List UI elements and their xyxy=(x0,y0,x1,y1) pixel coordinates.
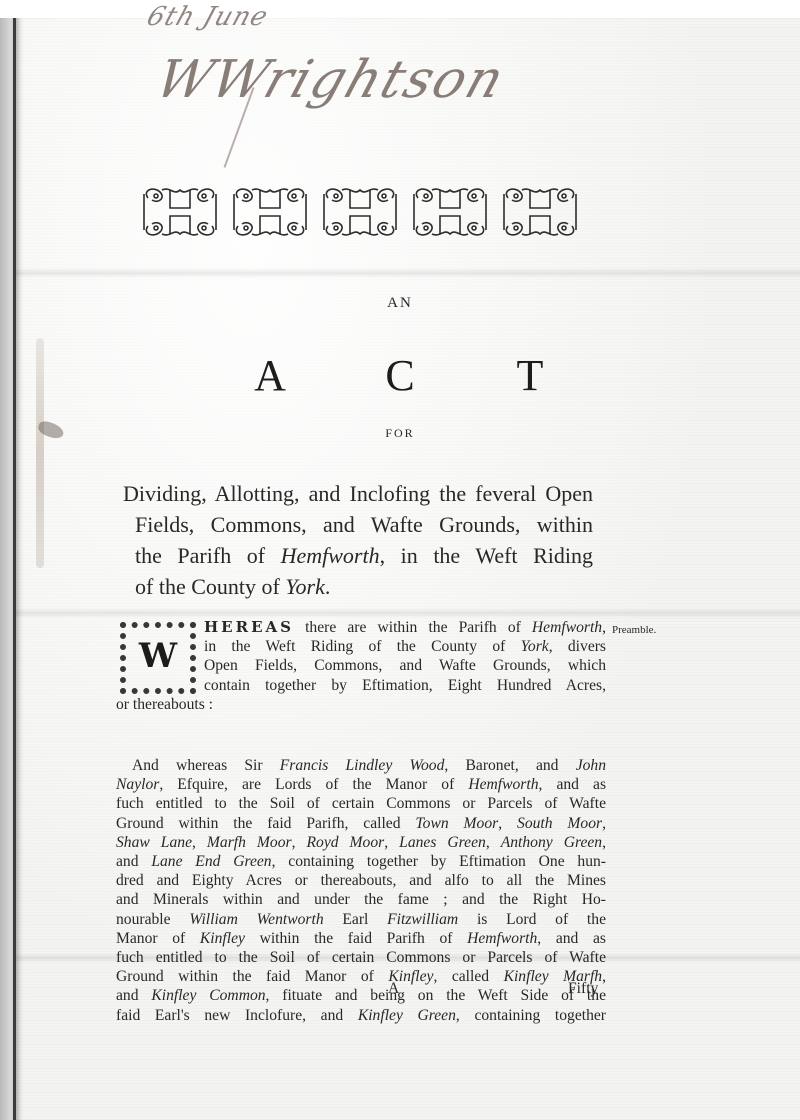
scroll-ornament-icon xyxy=(230,184,310,240)
text-line: Ground within the faid Manor of Kinfley,… xyxy=(116,967,606,986)
signature-mark: A xyxy=(388,980,399,998)
heading-an: AN xyxy=(0,295,800,312)
headpiece-ornament xyxy=(140,184,580,242)
handwritten-signature: WWrightson xyxy=(148,50,513,110)
text-line: fuch entitled to the Soil of certain Com… xyxy=(116,948,606,967)
title-line: of the County of York. xyxy=(123,571,593,602)
title-line: Dividing, Allotting, and Inclofing the f… xyxy=(123,478,593,509)
preamble-paragraph: HEREAS there are within the Parifh of He… xyxy=(116,618,606,714)
scroll-ornament-icon xyxy=(410,184,490,240)
fold-crease xyxy=(16,268,800,278)
text-line: Shaw Lane, Marfh Moor, Royd Moor, Lanes … xyxy=(116,833,606,852)
text-line: and Minerals within and under the fame ;… xyxy=(116,890,606,909)
heading-act-letter: T xyxy=(465,350,595,401)
body-paragraph: And whereas Sir Francis Lindley Wood, Ba… xyxy=(116,756,606,1025)
text-line: fuch entitled to the Soil of certain Com… xyxy=(116,794,606,813)
text-line: or thereabouts : xyxy=(116,695,606,714)
scroll-ornament-icon xyxy=(500,184,580,240)
fold-crease xyxy=(16,608,800,618)
heading-act: ACT xyxy=(0,350,800,401)
text-line: Ground within the faid Parifh, called To… xyxy=(116,814,606,833)
handwritten-date: 6th June xyxy=(143,2,272,32)
catchword: Fifty xyxy=(568,980,598,998)
title-line: the Parifh of Hemfworth, in the Weft Rid… xyxy=(123,540,593,571)
heading-act-letter: A xyxy=(205,350,335,401)
marginal-note: Preamble. xyxy=(612,624,656,636)
text-line: Open Fields, Commons, and Wafte Grounds,… xyxy=(116,656,606,675)
text-line: Manor of Kinfley within the faid Parifh … xyxy=(116,929,606,948)
text-line: Naylor, Efquire, are Lords of the Manor … xyxy=(116,775,606,794)
title-line: Fields, Commons, and Wafte Grounds, with… xyxy=(123,509,593,540)
text-line: in the Weft Riding of the County of York… xyxy=(116,637,606,656)
text-line: dred and Eighty Acres or thereabouts, an… xyxy=(116,871,606,890)
text-line: And whereas Sir Francis Lindley Wood, Ba… xyxy=(116,756,606,775)
text-line: and Kinfley Common, fituate and being on… xyxy=(116,986,606,1005)
scroll-ornament-icon xyxy=(140,184,220,240)
text-line: faid Earl's new Inclofure, and Kinfley G… xyxy=(116,1006,606,1025)
text-line: nourable William Wentworth Earl Fitzwill… xyxy=(116,910,606,929)
scroll-ornament-icon xyxy=(320,184,400,240)
heading-act-letter: C xyxy=(335,350,465,401)
heading-for: FOR xyxy=(0,426,800,441)
text-line: HEREAS there are within the Parifh of He… xyxy=(116,618,606,637)
text-line: contain together by Eftimation, Eight Hu… xyxy=(116,676,606,695)
act-title: Dividing, Allotting, and Inclofing the f… xyxy=(123,478,593,602)
text-line: and Lane End Green, containing together … xyxy=(116,852,606,871)
